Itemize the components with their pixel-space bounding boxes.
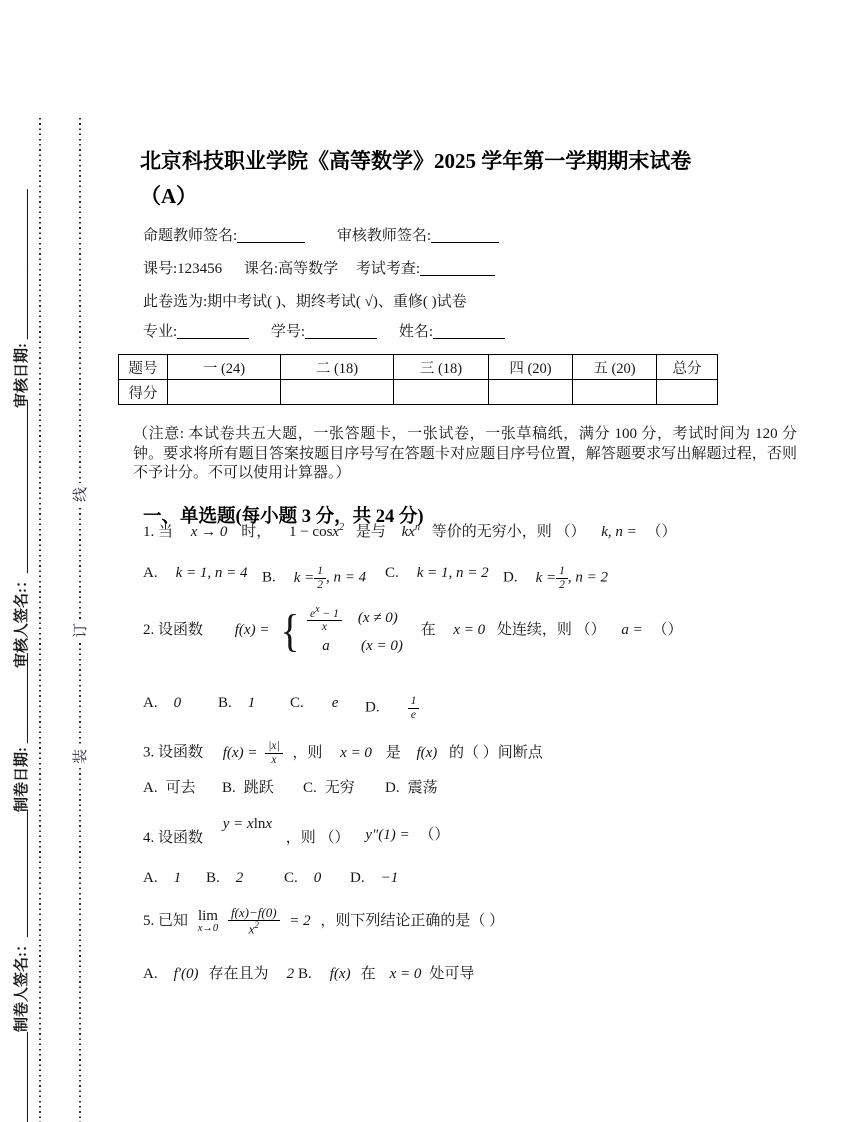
q4-text: ，则 （）: [286, 830, 350, 846]
margin-label-review-date: 审核日期: ____________________: [12, 189, 32, 408]
q2-case1-fraction: ex − 1x: [307, 604, 342, 634]
q2-paren: （）: [653, 622, 683, 638]
q2-math-x0: x = 0: [453, 622, 485, 638]
q1-text: 是与: [356, 524, 386, 540]
q2-d-fraction: 1e: [408, 695, 420, 721]
q2-case-2: a(x = 0): [307, 634, 403, 658]
q5-option-b: B.f(x)在x = 0处可导: [298, 962, 474, 983]
q4-paren: （）: [419, 827, 449, 843]
q4-option-a: A.1: [143, 870, 181, 887]
q2-piecewise-brace: {: [281, 606, 300, 656]
exam-notice: （注意: 本试卷共五大题，一张答题卡，一张试卷，一张草稿纸，满分 100 分，考…: [133, 425, 797, 484]
score-table-score-row: 得分: [119, 380, 718, 405]
question-5: 5. 已知 limx→0 f(x)−f(0)x2 = 2 ，则下列结论正确的是（…: [143, 900, 504, 942]
score-table: 题号 一 (24) 二 (18) 三 (18) 四 (20) 五 (20) 总分…: [118, 354, 718, 405]
q3-math-fx: f(x): [416, 745, 437, 761]
proposer-label: 命题教师签名:: [143, 228, 237, 244]
margin-label-paper-sign: ____________制卷人签名:：_________________: [12, 810, 32, 1122]
q5-lim-block: limx→0: [198, 909, 218, 934]
q3-fraction: |x|x: [265, 740, 282, 766]
q4-lead: 4. 设函数: [143, 830, 203, 846]
q2-option-a: A.0: [143, 695, 181, 712]
q5-lead: 5. 已知: [143, 913, 188, 929]
q5-option-a: A.f′(0)存在且为2: [143, 962, 294, 983]
score-row-label: 得分: [119, 380, 168, 405]
q3-text: 的（ ）间断点: [449, 745, 543, 761]
q3-option-a: A.可去: [143, 776, 196, 797]
score-header-cell: 二 (18): [281, 355, 394, 380]
teacher-signature-line: 命题教师签名: 审核教师签名:: [143, 224, 499, 245]
score-cell: [657, 380, 718, 405]
score-header-cell: 三 (18): [394, 355, 489, 380]
q3-option-b: B.跳跃: [222, 776, 274, 797]
title-line1: 北京科技职业学院《高等数学》2025 学年第一学期期末试卷: [140, 149, 691, 173]
question-4: 4. 设函数 y = xlnx ，则 （） y″(1) = （）: [143, 826, 449, 847]
q1-lead: 1. 当: [143, 524, 173, 540]
student-info-line: 专业: 学号: 姓名:: [143, 320, 505, 341]
q3-option-d: D.震荡: [385, 776, 438, 797]
title-line2: （A）: [140, 184, 197, 208]
q2-text: 在: [421, 622, 436, 638]
q3-fx: f(x) =: [223, 745, 258, 761]
score-cell: [489, 380, 573, 405]
q3-text: 是: [386, 745, 401, 761]
student-no-label: 学号:: [271, 324, 305, 340]
name-blank: [433, 324, 505, 339]
score-header-cell: 四 (20): [489, 355, 573, 380]
q2-case-1: ex − 1x(x ≠ 0): [307, 604, 403, 634]
major-blank: [177, 324, 249, 339]
q1-text: 时，: [241, 524, 271, 540]
reviewer-label: 审核教师签名:: [337, 228, 431, 244]
proposer-signature-blank: [237, 228, 305, 243]
q4-math-y2: y″(1) =: [365, 827, 409, 843]
q3-math-x0: x = 0: [340, 745, 372, 761]
margin-label-reviewer-sign: 审核人签名:：_______________________: [12, 401, 32, 669]
score-header-cell: 总分: [657, 355, 718, 380]
q4-math-y: y = xlnx: [223, 816, 272, 832]
q2-text: 处连续，则 （）: [497, 622, 606, 638]
q1-option-a: A.k = 1, n = 4: [143, 565, 248, 582]
q2-option-c: C.e: [290, 695, 338, 712]
q2-piecewise-cases: ex − 1x(x ≠ 0) a(x = 0): [307, 604, 403, 658]
q1-option-d: D.k =12, n = 2: [503, 565, 608, 591]
exam-type-blank: [420, 261, 495, 276]
q1-math-kn: k, n =: [601, 524, 637, 540]
q1-text: 等价的无穷小，则 （）: [432, 524, 586, 540]
exam-type-label: 考试考查:: [356, 261, 420, 277]
reviewer-signature-blank: [431, 228, 499, 243]
q3-text: ，则: [292, 745, 322, 761]
q1-paren: （）: [646, 524, 676, 540]
student-no-blank: [305, 324, 377, 339]
score-header-cell: 五 (20): [573, 355, 657, 380]
q1-option-b: B.k =12, n = 4: [262, 565, 366, 591]
score-header-cell: 一 (24): [168, 355, 281, 380]
q1-d-fraction: 12: [556, 565, 568, 591]
q2-option-d: D.1e: [365, 695, 419, 721]
q4-option-d: D.−1: [350, 870, 398, 887]
score-header-cell: 题号: [119, 355, 168, 380]
score-cell: [168, 380, 281, 405]
q1-math-kxn: kxn: [402, 524, 420, 540]
q5-eq: = 2: [289, 913, 310, 929]
exam-paper-page: 审核日期: ____________________ 审核人签名:：______…: [0, 0, 866, 1122]
name-label: 姓名:: [399, 324, 433, 340]
question-1: 1. 当 x → 0 时， 1 − cosx2 是与 kxn 等价的无穷小，则 …: [143, 520, 677, 541]
q2-math-a: a =: [621, 622, 642, 638]
question-3: 3. 设函数 f(x) = |x|x ，则 x = 0 是 f(x) 的（ ）间…: [143, 740, 543, 766]
q2-option-b: B.1: [218, 695, 255, 712]
binding-dotted-line-inner: [39, 118, 41, 1122]
page-title: 北京科技职业学院《高等数学》2025 学年第一学期期末试卷 （A）: [140, 144, 780, 214]
paper-select-line: 此卷选为:期中考试( )、期终考试( √)、重修( )试卷: [143, 290, 467, 311]
course-no: 课号:123456: [143, 261, 222, 277]
q5-text: ，则下列结论正确的是（ ）: [320, 913, 504, 929]
q1-math-limit: x → 0: [191, 524, 228, 540]
score-cell: [394, 380, 489, 405]
q5-fraction: f(x)−f(0)x2: [228, 906, 280, 937]
binding-char-xian: 线: [72, 483, 90, 506]
q1-option-c: C.k = 1, n = 2: [385, 565, 489, 582]
course-name: 课名:高等数学: [244, 261, 338, 277]
score-cell: [281, 380, 394, 405]
score-table-header-row: 题号 一 (24) 二 (18) 三 (18) 四 (20) 五 (20) 总分: [119, 355, 718, 380]
q4-option-b: B.2: [206, 870, 243, 887]
q1-b-fraction: 12: [314, 565, 326, 591]
course-line: 课号:123456 课名:高等数学 考试考查:: [143, 257, 495, 278]
score-cell: [573, 380, 657, 405]
major-label: 专业:: [143, 324, 177, 340]
margin-label-paper-date: 制卷日期: ____________: [12, 653, 32, 812]
q2-lead: 2. 设函数: [143, 622, 203, 638]
q3-option-c: C.无穷: [303, 776, 355, 797]
question-2: 2. 设函数 f(x) = { ex − 1x(x ≠ 0) a(x = 0) …: [143, 598, 683, 662]
binding-char-ding: 订: [72, 619, 90, 642]
q4-option-c: C.0: [284, 870, 321, 887]
q1-math-cos: 1 − cosx2: [289, 524, 344, 540]
q3-lead: 3. 设函数: [143, 745, 203, 761]
q2-fx: f(x) =: [235, 622, 270, 638]
binding-char-zhuang: 装: [72, 745, 90, 768]
